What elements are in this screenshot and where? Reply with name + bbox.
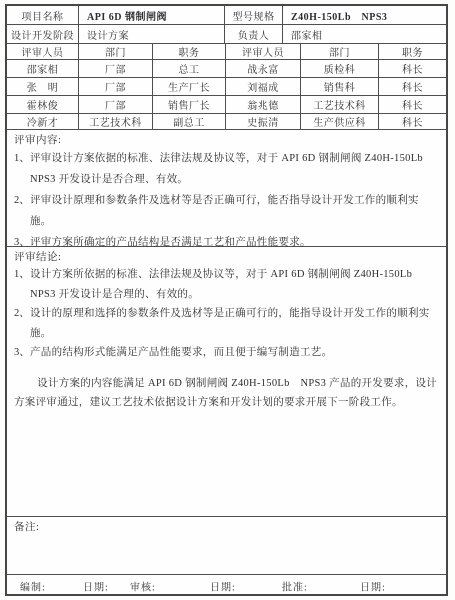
review-content-item: 1、 评审设计方案依据的标准、法律法规及协议等，对于 API 6D 钢制闸阀 Z… [14, 148, 439, 190]
approved-by-label: 批准: [282, 578, 308, 593]
reviewer-department: 厂部 [79, 78, 153, 95]
review-content-title: 评审内容: [14, 133, 439, 148]
reviewer-name: 霍林俊 [7, 96, 79, 113]
reviewer-name: 冷新才 [7, 114, 79, 129]
department-col-header: 部门 [301, 44, 379, 59]
reviewer-department: 质检科 [301, 60, 379, 77]
reviewer-header-row: 评审人员 部门 职务 评审人员 部门 职务 [7, 44, 446, 60]
project-name-label: 项目名称 [7, 6, 79, 24]
reviewer-name: 刘福成 [226, 78, 301, 95]
item-number: 1、 [14, 148, 30, 190]
reviewed-date-label: 日期: [210, 578, 236, 593]
reviewer-department: 工艺技术科 [301, 96, 379, 113]
item-text: 设计的原理和选择的参数条件及选材等是正确可行的，能指导设计开发工作的顺利实施。 [30, 304, 439, 343]
reviewed-by-label: 审核: [130, 578, 156, 593]
signature-row: 编制: 日期: 审核: 日期: 批准: 日期: [7, 575, 446, 596]
review-content-item: 2、 评审设计原理和参数条件及选材等是否正确可行，能否指导设计开发工作的顺利实施… [14, 190, 439, 232]
review-conclusion-section: 评审结论: 1、 设计方案所依据的标准、法律法规及协议等，对于 API 6D 钢… [7, 247, 446, 517]
project-name-value: API 6D 钢制闸阀 [79, 6, 225, 24]
reviewer-position: 科长 [379, 96, 446, 113]
reviewer-department: 销售科 [301, 78, 379, 95]
conclusion-summary: 设计方案的内容能满足 API 6D 钢制闸阀 Z40H-150Lb NPS3 产… [14, 374, 439, 413]
prepared-date-label: 日期: [83, 578, 109, 593]
review-conclusion-title: 评审结论: [14, 250, 439, 265]
position-col-header: 职务 [379, 44, 446, 59]
reviewer-name: 张 明 [7, 78, 79, 95]
reviewer-name: 翁兆德 [226, 96, 301, 113]
remark-section: 备注: [7, 517, 446, 575]
remark-label: 备注: [14, 520, 439, 535]
prepared-by-label: 编制: [20, 578, 46, 593]
review-content-section: 评审内容: 1、 评审设计方案依据的标准、法律法规及协议等，对于 API 6D … [7, 130, 446, 247]
department-col-header: 部门 [79, 44, 153, 59]
review-conclusion-item: 3、 产品的结构形式能满足产品性能要求，而且便于编写制造工艺。 [14, 343, 439, 363]
reviewer-position: 总工 [153, 60, 226, 77]
reviewer-position: 销售厂长 [153, 96, 226, 113]
design-stage-label: 设计开发阶段 [7, 25, 79, 43]
model-spec-label: 型号规格 [225, 6, 283, 24]
reviewer-row: 张 明 厂部 生产厂长 刘福成 销售科 科长 [7, 78, 446, 96]
reviewer-name: 邵家相 [7, 60, 79, 77]
info-row-project: 项目名称 API 6D 钢制闸阀 型号规格 Z40H-150Lb NPS3 [7, 6, 446, 25]
reviewer-position: 副总工 [153, 114, 226, 129]
item-number: 2、 [14, 190, 30, 232]
reviewer-row: 冷新才 工艺技术科 副总工 史振清 生产供应科 科长 [7, 114, 446, 130]
item-text: 评审设计原理和参数条件及选材等是否正确可行，能否指导设计开发工作的顺利实施。 [30, 190, 439, 232]
responsible-person-value: 邵家相 [283, 25, 446, 43]
position-col-header: 职务 [153, 44, 226, 59]
item-text: 产品的结构形式能满足产品性能要求，而且便于编写制造工艺。 [30, 343, 439, 363]
item-text: 评审设计方案依据的标准、法律法规及协议等，对于 API 6D 钢制闸阀 Z40H… [30, 148, 439, 190]
item-text: 设计方案所依据的标准、法律法规及协议等，对于 API 6D 钢制闸阀 Z40H-… [30, 265, 439, 304]
reviewer-row: 邵家相 厂部 总工 战永富 质检科 科长 [7, 60, 446, 78]
item-number: 1、 [14, 265, 30, 304]
reviewer-position: 科长 [379, 78, 446, 95]
reviewer-department: 工艺技术科 [79, 114, 153, 129]
reviewer-position: 科长 [379, 60, 446, 77]
reviewer-department: 厂部 [79, 96, 153, 113]
reviewer-col-header: 评审人员 [7, 44, 79, 59]
model-spec-value: Z40H-150Lb NPS3 [283, 6, 446, 24]
responsible-person-label: 负责人 [225, 25, 283, 43]
reviewer-position: 科长 [379, 114, 446, 129]
item-number: 2、 [14, 304, 30, 343]
review-conclusion-item: 1、 设计方案所依据的标准、法律法规及协议等，对于 API 6D 钢制闸阀 Z4… [14, 265, 439, 304]
reviewer-name: 史振清 [226, 114, 301, 129]
reviewer-name: 战永富 [226, 60, 301, 77]
reviewer-department: 生产供应科 [301, 114, 379, 129]
design-stage-value: 设计方案 [79, 25, 225, 43]
review-conclusion-item: 2、 设计的原理和选择的参数条件及选材等是正确可行的，能指导设计开发工作的顺利实… [14, 304, 439, 343]
info-row-stage: 设计开发阶段 设计方案 负责人 邵家相 [7, 25, 446, 44]
approved-date-label: 日期: [360, 578, 386, 593]
reviewer-row: 霍林俊 厂部 销售厂长 翁兆德 工艺技术科 科长 [7, 96, 446, 114]
design-review-form: 项目名称 API 6D 钢制闸阀 型号规格 Z40H-150Lb NPS3 设计… [5, 4, 448, 596]
reviewer-department: 厂部 [79, 60, 153, 77]
item-number: 3、 [14, 343, 30, 363]
reviewer-col-header: 评审人员 [226, 44, 301, 59]
reviewer-position: 生产厂长 [153, 78, 226, 95]
document-page: 项目名称 API 6D 钢制闸阀 型号规格 Z40H-150Lb NPS3 设计… [0, 0, 455, 600]
